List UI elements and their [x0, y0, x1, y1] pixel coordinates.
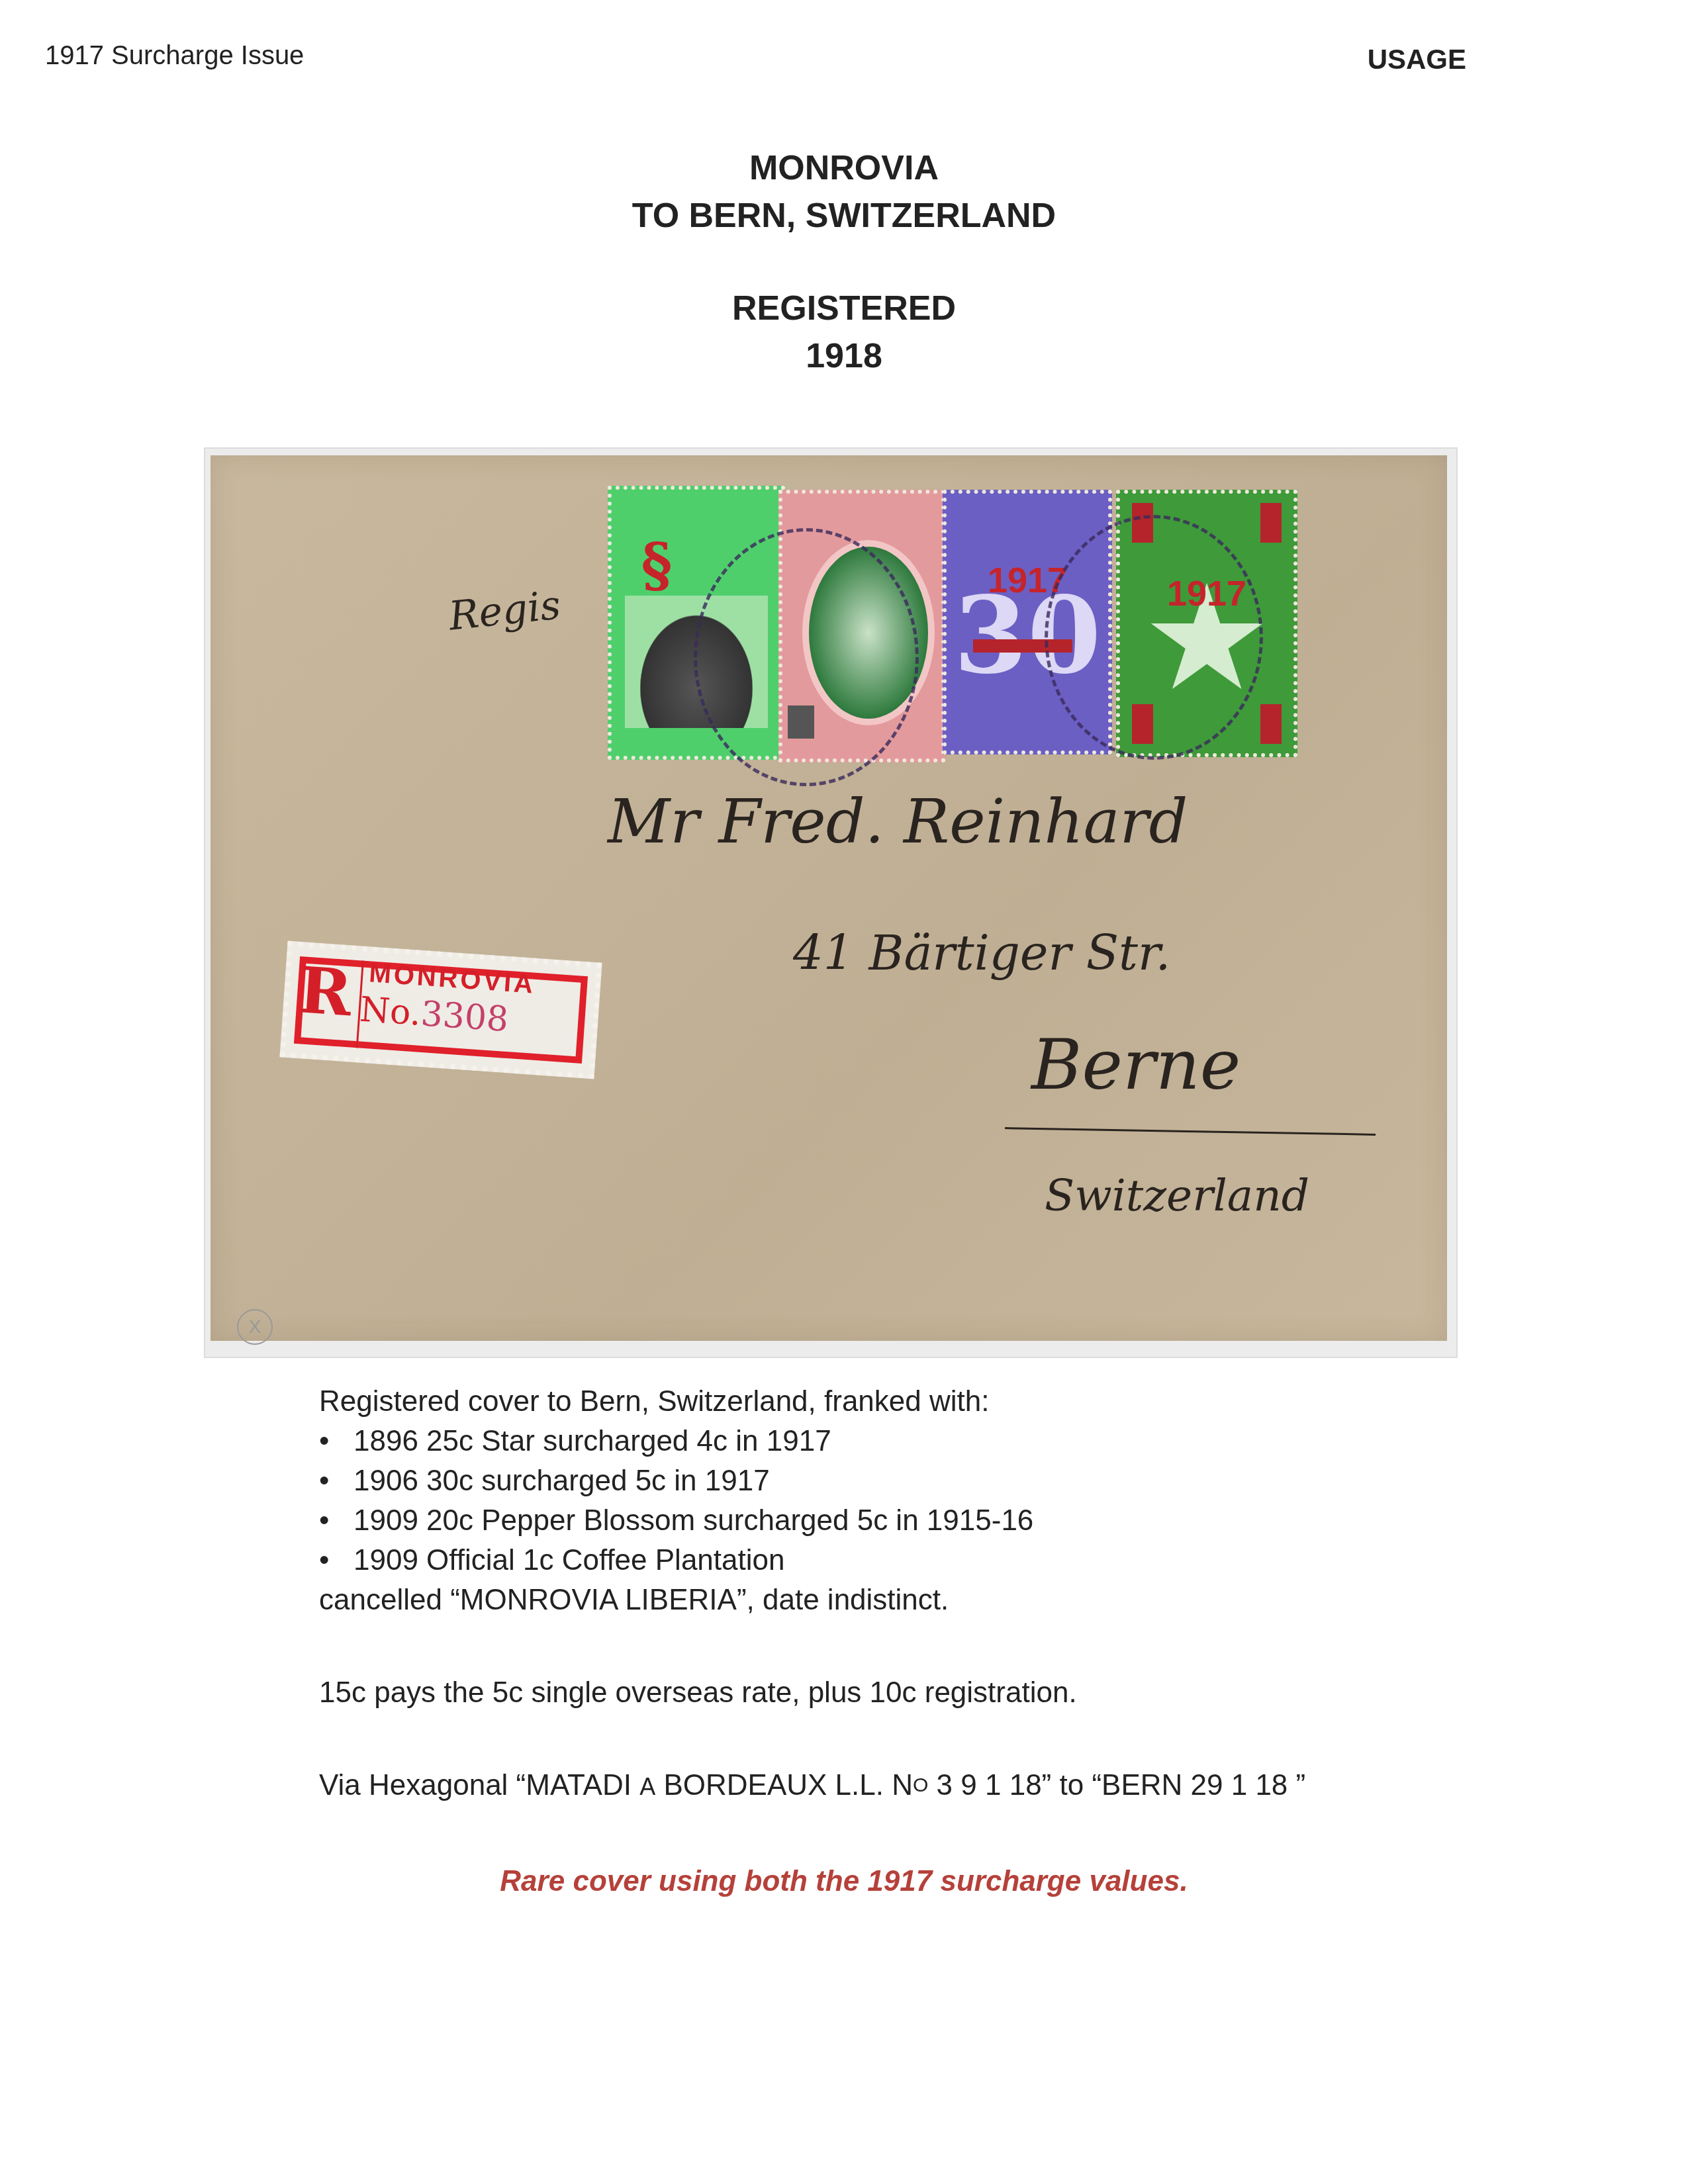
pencil-mark: X — [237, 1309, 273, 1345]
franking-item: 1906 30c surcharged 5c in 1917 — [319, 1461, 1033, 1501]
rarity-note: Rare cover using both the 1917 surcharge… — [0, 1865, 1688, 1898]
handwritten-addressee: Mr Fred. Reinhard — [608, 786, 1188, 857]
postmark-circle — [694, 528, 919, 786]
category-heading: USAGE — [1368, 44, 1466, 75]
handwritten-registered: Regis — [447, 582, 563, 639]
franking-item: 1896 25c Star surcharged 4c in 1917 — [319, 1422, 1033, 1461]
cancel-note: cancelled “MONROVIA LIBERIA”, date indis… — [319, 1580, 949, 1620]
envelope-cover: § 1917 30 ★ 1917 Regis Mr Fred. Reinhard… — [211, 455, 1447, 1341]
city-underline — [1005, 1127, 1376, 1136]
franking-list: 1896 25c Star surcharged 4c in 1917 1906… — [319, 1422, 1033, 1580]
handwritten-country: Switzerland — [1045, 1170, 1309, 1221]
postmark-circle — [1045, 515, 1263, 760]
title-line-1: MONROVIA — [0, 144, 1688, 192]
page-title: MONROVIA TO BERN, SWITZERLAND — [0, 144, 1688, 240]
route-note: Via Hexagonal “MATADI A BORDEAUX L.L. NO… — [319, 1766, 1305, 1807]
section-heading: 1917 Surcharge Issue — [45, 41, 304, 71]
page-subtitle: REGISTERED 1918 — [0, 285, 1688, 380]
title-line-4: 1918 — [0, 332, 1688, 380]
rate-note: 15c pays the 5c single overseas rate, pl… — [319, 1673, 1077, 1713]
title-line-3: REGISTERED — [0, 285, 1688, 332]
registration-r: R — [297, 952, 354, 1030]
registration-label: R MONROVIA No.3308 — [279, 941, 602, 1079]
handwritten-city: Berne — [1031, 1024, 1241, 1105]
franking-item: 1909 20c Pepper Blossom surcharged 5c in… — [319, 1501, 1033, 1541]
description-intro: Registered cover to Bern, Switzerland, f… — [319, 1382, 989, 1422]
title-line-2: TO BERN, SWITZERLAND — [0, 192, 1688, 240]
franking-item: 1909 Official 1c Coffee Plantation — [319, 1541, 1033, 1580]
handwritten-street: 41 Bärtiger Str. — [793, 925, 1170, 981]
